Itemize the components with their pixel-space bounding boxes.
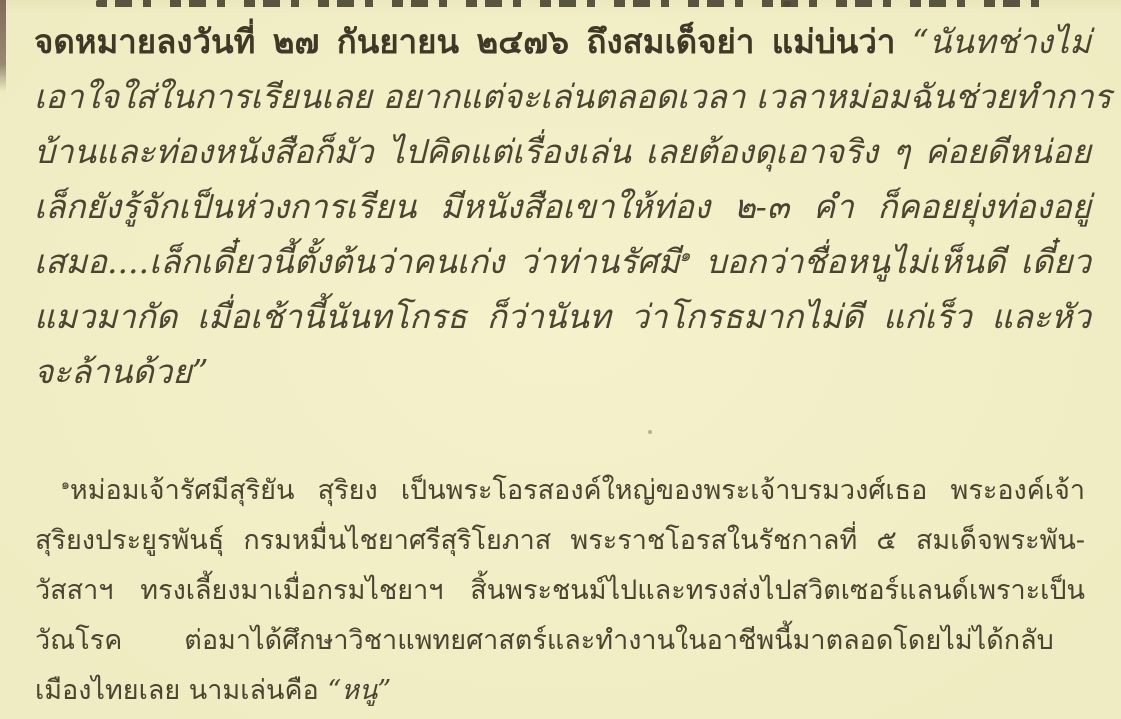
letter-line-4: เล็กยังรู้จักเป็นห่วงการเรียน มีหนังสือเ… — [34, 179, 1091, 234]
scan-edge-artifact — [0, 0, 6, 92]
letter-line-7: จะล้านด้วย” — [34, 344, 1091, 399]
footnote-marker: ๑ — [61, 477, 70, 493]
scanned-book-page: จดหมายลงวันที่ ๒๗ กันยายน ๒๔๗๖ ถึงสมเด็จ… — [0, 0, 1121, 719]
letter-line-3: บ้านและท่องหนังสือก็มัว ไปคิดแต่เรื่องเล… — [34, 124, 1091, 179]
footnote-line-1-text: หม่อมเจ้ารัศมีสุริยัน สุริยง เป็นพระโอรส… — [70, 475, 1085, 506]
letter-line-1: จดหมายลงวันที่ ๒๗ กันยายน ๒๔๗๖ ถึงสมเด็จ… — [34, 14, 1091, 69]
footnote-reference-mark: ๑ — [680, 246, 691, 266]
footnote-line-5: เมืองไทยเลย นามเล่นคือ “หนู” — [35, 666, 1085, 716]
letter-line-5-text: เสมอ....เล็กเดี๋ยวนี้ตั้งต้นว่าคนเก่ง ว่… — [34, 242, 680, 281]
scan-speck-artifact — [648, 430, 652, 434]
letter-paragraph: จดหมายลงวันที่ ๒๗ กันยายน ๒๔๗๖ ถึงสมเด็จ… — [34, 14, 1091, 399]
letter-line-6: แมวมากัด เมื่อเช้านี้นันทโกรธ ก็ว่านันท … — [34, 289, 1091, 344]
footnote-line-4-rest: ต่อมาได้ศึกษาวิชาแพทยศาสตร์และทำงานในอาช… — [184, 625, 1054, 656]
letter-line-2: เอาใจใส่ในการเรียนเลย อยากแต่จะเล่นตลอดเ… — [34, 69, 1091, 124]
footnote-line-5-text: เมืองไทยเลย นามเล่นคือ — [35, 675, 319, 706]
footnote-line-1: ๑หม่อมเจ้ารัศมีสุริยัน สุริยง เป็นพระโอร… — [35, 466, 1085, 516]
footnote-line-4: วัณโรคต่อมาได้ศึกษาวิชาแพทยศาสตร์และทำงา… — [35, 616, 1085, 666]
letter-line-5-cont: บอกว่าชื่อหนูไม่เห็นดี เดี๋ยว — [706, 242, 1091, 281]
cropped-line-fragment — [96, 0, 1056, 7]
footnote-line-4-word: วัณโรค — [35, 625, 122, 656]
letter-intro-bold: จดหมายลงวันที่ ๒๗ กันยายน ๒๔๗๖ ถึงสมเด็จ… — [34, 22, 895, 61]
letter-quote-open: “นันทช่างไม่ — [912, 22, 1091, 61]
footnote-line-2: สุริยงประยูรพันธุ์ กรมหมื่นไชยาศรีสุริโย… — [35, 516, 1085, 566]
footnote-block: ๑หม่อมเจ้ารัศมีสุริยัน สุริยง เป็นพระโอร… — [35, 466, 1085, 716]
letter-line-5: เสมอ....เล็กเดี๋ยวนี้ตั้งต้นว่าคนเก่ง ว่… — [34, 234, 1091, 289]
footnote-nickname: “หนู” — [327, 675, 391, 706]
footnote-line-3: วัสสาฯ ทรงเลี้ยงมาเมื่อกรมไชยาฯ สิ้นพระช… — [35, 566, 1085, 616]
